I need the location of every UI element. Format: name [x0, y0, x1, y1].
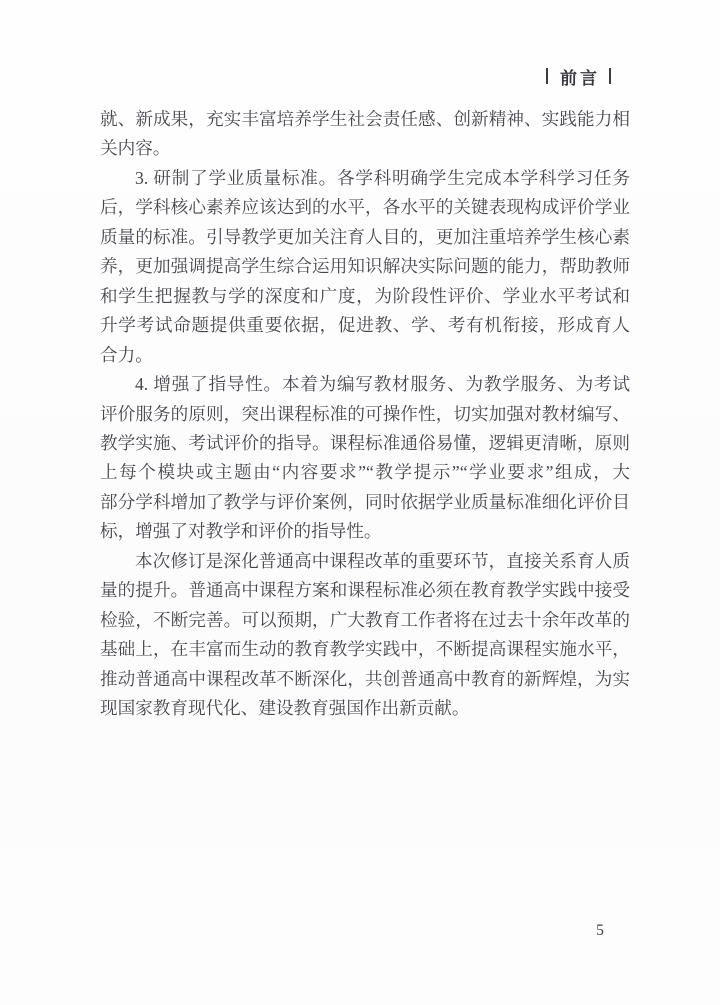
- text-line: 推动普通高中课程改革不断深化，共创普通高中教育的新辉煌，为实: [100, 665, 630, 694]
- document-page: 前言 就、新成果，充实丰富培养学生社会责任感、创新精神、实践能力相 关内容。 3…: [0, 0, 720, 1005]
- text-line: 上每个模块或主题由“内容要求”“教学提示”“学业要求”组成，大: [100, 458, 630, 487]
- text-line: 后，学科核心素养应该达到的水平，各水平的关键表现构成评价学业: [100, 193, 630, 222]
- header-title: 前言: [560, 64, 600, 89]
- text-line: 评价服务的原则，突出课程标准的可操作性，切实加强对教材编写、: [100, 400, 630, 429]
- text-line: 基础上，在丰富而生动的教育教学实践中，不断提高课程实施水平，: [100, 635, 630, 664]
- text-line: 养，更加强调提高学生综合运用知识解决实际问题的能力，帮助教师: [100, 252, 630, 281]
- text-line: 质量的标准。引导教学更加关注育人目的，更加注重培养学生核心素: [100, 223, 630, 252]
- running-header: 前言: [546, 66, 611, 86]
- header-rule-right: [609, 68, 611, 84]
- text-line: 合力。: [100, 341, 630, 370]
- text-line: 升学考试命题提供重要依据，促进教、学、考有机衔接，形成育人: [100, 311, 630, 340]
- text-line: 和学生把握教与学的深度和广度，为阶段性评价、学业水平考试和: [100, 282, 630, 311]
- text-line: 就、新成果，充实丰富培养学生社会责任感、创新精神、实践能力相: [100, 105, 630, 134]
- text-line: 现国家教育现代化、建设教育强国作出新贡献。: [100, 694, 630, 723]
- text-line: 本次修订是深化普通高中课程改革的重要环节，直接关系育人质: [100, 547, 630, 576]
- text-line: 教学实施、考试评价的指导。课程标准通俗易懂，逻辑更清晰，原则: [100, 429, 630, 458]
- header-rule-left: [546, 68, 548, 84]
- text-line: 关内容。: [100, 134, 630, 163]
- text-line: 标，增强了对教学和评价的指导性。: [100, 517, 630, 546]
- text-line: 4. 增强了指导性。本着为编写教材服务、为教学服务、为考试: [100, 370, 630, 399]
- body-text-block: 就、新成果，充实丰富培养学生社会责任感、创新精神、实践能力相 关内容。 3. 研…: [100, 105, 630, 724]
- text-line: 量的提升。普通高中课程方案和课程标准必须在教育教学实践中接受: [100, 576, 630, 605]
- page-number: 5: [590, 922, 610, 940]
- text-line: 部分学科增加了教学与评价案例，同时依据学业质量标准细化评价目: [100, 488, 630, 517]
- text-line: 检验，不断完善。可以预期，广大教育工作者将在过去十余年改革的: [100, 606, 630, 635]
- text-line: 3. 研制了学业质量标准。各学科明确学生完成本学科学习任务: [100, 164, 630, 193]
